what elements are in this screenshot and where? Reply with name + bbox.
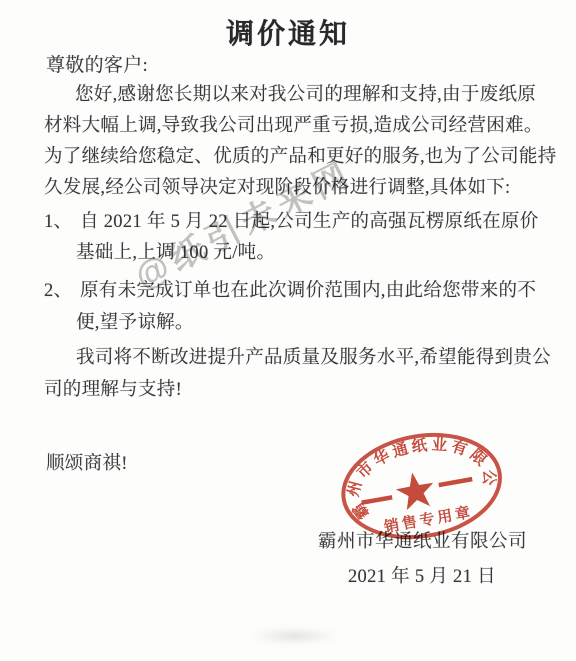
seal-dash-right-icon — [439, 479, 472, 485]
notice-title: 调价通知 — [0, 12, 576, 52]
salutation: 尊敬的客户: — [46, 50, 148, 77]
notice-document: 调价通知 尊敬的客户: 您好,感谢您长期以来对我公司的理解和支持,由于废纸原 材… — [0, 0, 576, 661]
closing-phrase: 顺颂商祺! — [46, 449, 128, 475]
seal-label: 销售专用章 — [383, 503, 475, 536]
seal-dash-left-icon — [362, 497, 393, 502]
list-item-2-line-2: 便,望予谅解。 — [76, 308, 194, 334]
seal-arc-text: 霸州市华通纸业有限公司 — [316, 403, 503, 529]
seal-star-icon — [393, 469, 437, 511]
scan-smudge — [235, 625, 355, 647]
para2-line-1: 我司将不断改进提升产品质量及服务水平,希望能得到贵公 — [76, 343, 551, 369]
para1-line-2: 材料大幅上调,导致我公司出现严重亏损,造成公司经营困难。 — [44, 111, 543, 137]
list-item-2-number: 2、 — [44, 276, 72, 302]
list-item-1-number: 1、 — [44, 207, 72, 233]
para2-line-2: 司的理解与支持! — [44, 375, 182, 401]
para1-line-1: 您好,感谢您长期以来对我公司的理解和支持,由于废纸原 — [75, 80, 536, 106]
